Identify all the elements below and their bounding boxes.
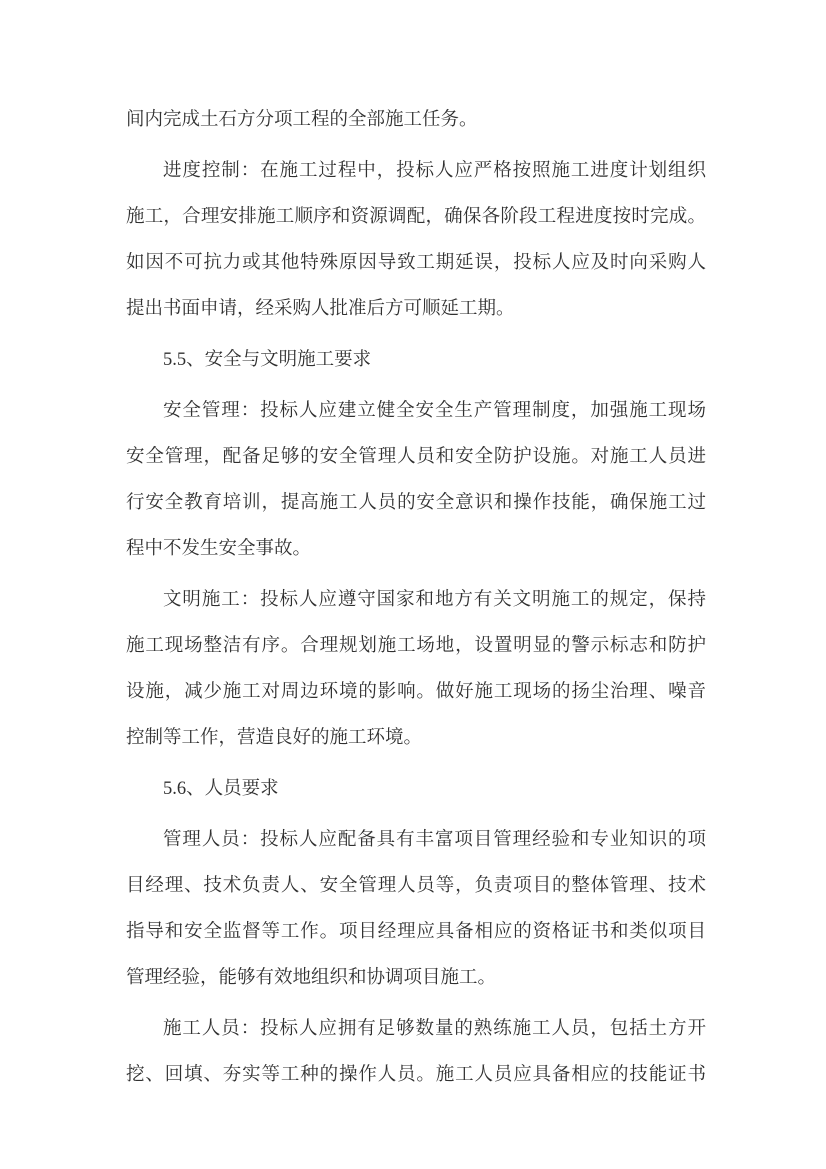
paragraph-civilized-construction: 文明施工：投标人应遵守国家和地方有关文明施工的规定，保持 施工现场整洁有序。合理… [126,577,706,761]
text-line: 施工人员：投标人应拥有足够数量的熟练施工人员，包括土方开 [126,1006,706,1052]
text-line: 安全管理，配备足够的安全管理人员和安全防护设施。对施工人员进 [126,434,706,480]
section-heading: 5.6、人员要求 [126,766,706,812]
text-line: 间内完成土石方分项工程的全部施工任务。 [126,97,706,143]
text-line: 提出书面申请，经采购人批准后方可顺延工期。 [126,286,706,332]
text-line: 设施，减少施工对周边环境的影响。做好施工现场的扬尘治理、噪音 [126,669,706,715]
paragraph-construction-personnel: 施工人员：投标人应拥有足够数量的熟练施工人员，包括土方开 挖、回填、夯实等工种的… [126,1006,706,1098]
text-line: 行安全教育培训，提高施工人员的安全意识和操作技能，确保施工过 [126,480,706,526]
document-page: 间内完成土石方分项工程的全部施工任务。 进度控制：在施工过程中，投标人应严格按照… [0,0,826,1169]
section-heading-5-6: 5.6、人员要求 [126,766,706,812]
text-line: 进度控制：在施工过程中，投标人应严格按照施工进度计划组织 [126,148,706,194]
text-line: 施工现场整洁有序。合理规划施工场地，设置明显的警示标志和防护 [126,623,706,669]
paragraph-continuation: 间内完成土石方分项工程的全部施工任务。 [126,97,706,143]
text-line: 控制等工作，营造良好的施工环境。 [126,715,706,761]
paragraph-safety-management: 安全管理：投标人应建立健全安全生产管理制度，加强施工现场 安全管理，配备足够的安… [126,388,706,572]
text-line: 挖、回填、夯实等工种的操作人员。施工人员应具备相应的技能证书 [126,1052,706,1098]
text-line: 安全管理：投标人应建立健全安全生产管理制度，加强施工现场 [126,388,706,434]
text-line: 文明施工：投标人应遵守国家和地方有关文明施工的规定，保持 [126,577,706,623]
text-line: 管理经验，能够有效地组织和协调项目施工。 [126,955,706,1001]
text-line: 目经理、技术负责人、安全管理人员等，负责项目的整体管理、技术 [126,863,706,909]
text-line: 管理人员：投标人应配备具有丰富项目管理经验和专业知识的项 [126,817,706,863]
paragraph-progress-control: 进度控制：在施工过程中，投标人应严格按照施工进度计划组织 施工，合理安排施工顺序… [126,148,706,332]
text-line: 指导和安全监督等工作。项目经理应具备相应的资格证书和类似项目 [126,909,706,955]
text-line: 程中不发生安全事故。 [126,526,706,572]
section-heading-5-5: 5.5、安全与文明施工要求 [126,337,706,383]
paragraph-management-personnel: 管理人员：投标人应配备具有丰富项目管理经验和专业知识的项 目经理、技术负责人、安… [126,817,706,1001]
text-line: 施工，合理安排施工顺序和资源调配，确保各阶段工程进度按时完成。 [126,194,706,240]
text-line: 如因不可抗力或其他特殊原因导致工期延误，投标人应及时向采购人 [126,240,706,286]
section-heading: 5.5、安全与文明施工要求 [126,337,706,383]
